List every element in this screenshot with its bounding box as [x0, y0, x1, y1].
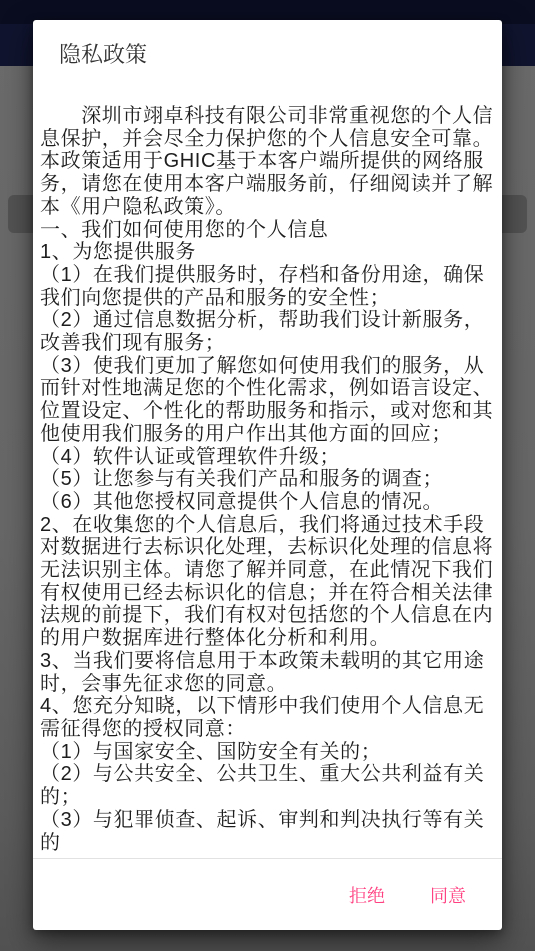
privacy-policy-text[interactable]: 深圳市翊卓科技有限公司非常重视您的个人信息保护，并会尽全力保护您的个人信息安全可…: [40, 105, 496, 858]
agree-button[interactable]: 同意: [428, 876, 468, 914]
privacy-policy-dialog: 隐私政策 深圳市翊卓科技有限公司非常重视您的个人信息保护，并会尽全力保护您的个人…: [33, 20, 502, 930]
reject-button[interactable]: 拒绝: [347, 876, 387, 914]
dialog-button-bar: 拒绝 同意: [33, 859, 502, 930]
phone-screen: 隐私政策 深圳市翊卓科技有限公司非常重视您的个人信息保护，并会尽全力保护您的个人…: [0, 0, 535, 951]
dialog-title: 隐私政策: [33, 20, 502, 68]
